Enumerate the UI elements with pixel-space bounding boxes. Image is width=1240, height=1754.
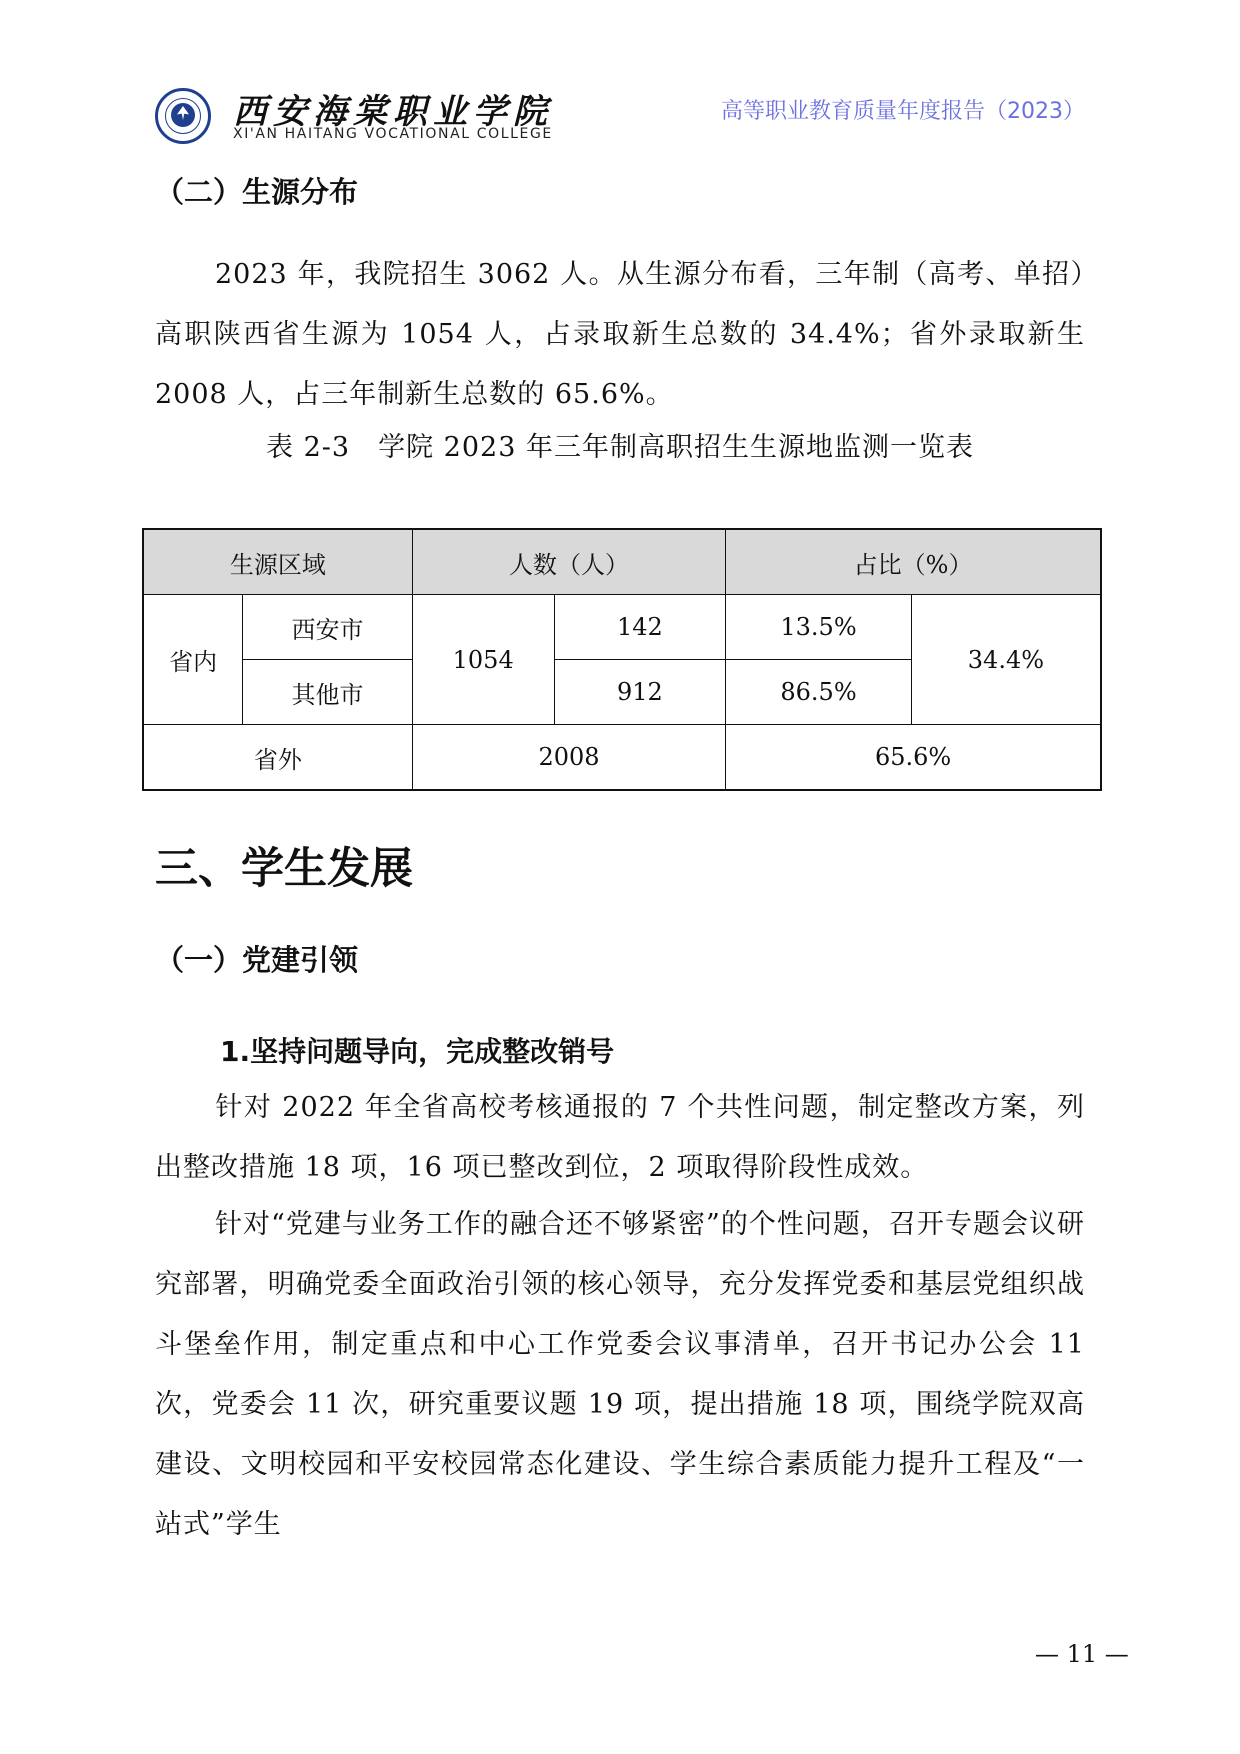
out-province-ratio: 65.6% <box>726 725 1101 791</box>
party-paragraph-2-text: 针对“党建与业务工作的融合还不够紧密”的个性问题，召开专题会议研究部署，明确党委… <box>155 1209 1085 1540</box>
page-header: 西安海棠职业学院 XI'AN HAITANG VOCATIONAL COLLEG… <box>155 84 1085 144</box>
in-province-label: 省内 <box>143 595 243 725</box>
city-cell: 其他市 <box>243 660 413 725</box>
page-number: — 11 — <box>1035 1640 1129 1668</box>
ratio-cell: 86.5% <box>726 660 912 725</box>
item-heading: 1.坚持问题导向，完成整改销号 <box>220 1030 1150 1070</box>
party-paragraph-2: 针对“党建与业务工作的融合还不够紧密”的个性问题，召开专题会议研究部署，明确党委… <box>155 1195 1085 1555</box>
section-heading-party: （一）党建引领 <box>155 938 1085 979</box>
out-province-count: 2008 <box>412 725 725 791</box>
party-paragraph-1: 针对 2022 年全省高校考核通报的 7 个共性问题，制定整改方案，列出整改措施… <box>155 1078 1085 1198</box>
table-caption: 表 2-3 学院 2023 年三年制高职招生生源地监测一览表 <box>155 425 1085 464</box>
table-header-row: 生源区域 人数（人） 占比（%） <box>143 529 1101 595</box>
college-name-en: XI'AN HAITANG VOCATIONAL COLLEGE <box>233 126 553 142</box>
count-cell: 142 <box>554 595 726 660</box>
out-province-label: 省外 <box>143 725 412 791</box>
report-title: 高等职业教育质量年度报告（2023） <box>721 94 1085 125</box>
ratio-cell: 13.5% <box>726 595 912 660</box>
source-paragraph-text: 2023 年，我院招生 3062 人。从生源分布看，三年制（高考、单招）高职陕西… <box>155 259 1085 410</box>
in-province-total-ratio: 34.4% <box>911 595 1101 725</box>
header-count: 人数（人） <box>412 529 725 595</box>
chapter-title: 三、学生发展 <box>155 835 1085 896</box>
college-seal-icon <box>155 88 211 144</box>
table-row: 省外 2008 65.6% <box>143 725 1101 791</box>
count-cell: 912 <box>554 660 726 725</box>
in-province-total: 1054 <box>412 595 554 725</box>
party-paragraph-1-text: 针对 2022 年全省高校考核通报的 7 个共性问题，制定整改方案，列出整改措施… <box>155 1092 1085 1183</box>
section-heading-source: （二）生源分布 <box>155 170 1085 211</box>
header-region: 生源区域 <box>143 529 412 595</box>
header-ratio: 占比（%） <box>726 529 1101 595</box>
source-paragraph: 2023 年，我院招生 3062 人。从生源分布看，三年制（高考、单招）高职陕西… <box>155 245 1085 425</box>
table-row: 省内 西安市 1054 142 13.5% 34.4% <box>143 595 1101 660</box>
city-cell: 西安市 <box>243 595 413 660</box>
source-table: 生源区域 人数（人） 占比（%） 省内 西安市 1054 142 13.5% 3… <box>142 528 1102 791</box>
